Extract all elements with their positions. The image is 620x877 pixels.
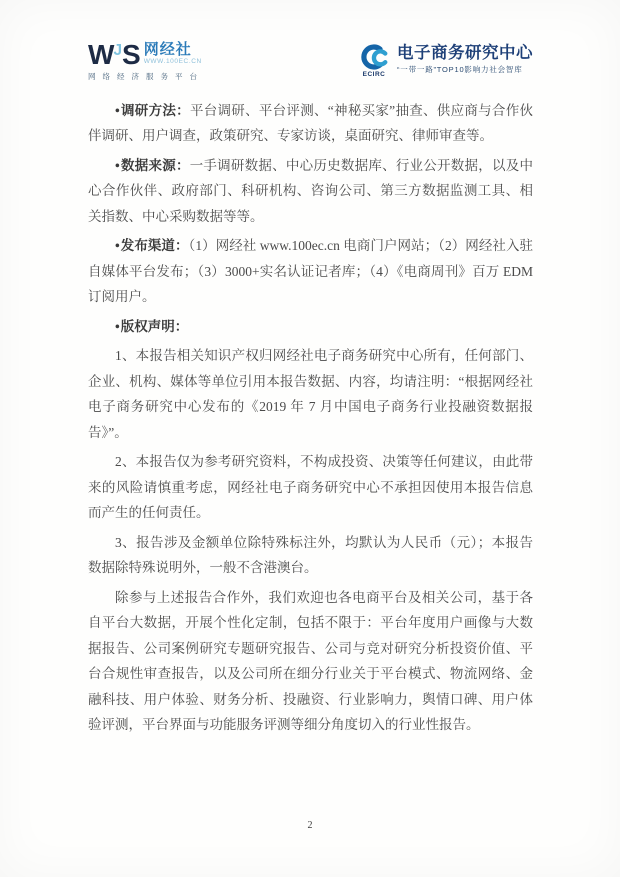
ec-logo-icon <box>356 44 392 70</box>
wjs-monogram-icon: WJS <box>88 43 140 67</box>
ecirc-logo-name: 电子商务研究中心 <box>397 44 533 62</box>
bullet-marker: • <box>115 158 120 173</box>
document-page: WJS 网经社 WWW.100EC.CN 网络经济服务平台 ECIRC 电子商务… <box>0 0 620 877</box>
bullet-label: 调研方法： <box>121 103 190 118</box>
bullet-marker: • <box>115 238 120 253</box>
bullet-marker: • <box>115 319 120 334</box>
bullet-marker: • <box>115 103 120 118</box>
bullet-research-methods: •调研方法：平台调研、平台评测、“神秘买家”抽查、供应商与合作伙伴调研、用户调查… <box>88 98 533 149</box>
copyright-clause-1: 1、本报告相关知识产权归网经社电子商务研究中心所有，任何部门、企业、机构、媒体等… <box>88 343 533 445</box>
wjs-logo: WJS 网经社 WWW.100EC.CN 网络经济服务平台 <box>88 42 204 82</box>
wjs-logo-name: 网经社 <box>144 42 202 58</box>
copyright-clause-3: 3、报告涉及金额单位除特殊标注外，均默认为人民币（元）；本报告数据除特殊说明外，… <box>88 530 533 581</box>
bullet-label: 发布渠道： <box>121 238 189 253</box>
bullet-data-sources: •数据来源：一手调研数据、中心历史数据库、行业公开数据，以及中心合作伙伴、政府部… <box>88 153 533 230</box>
cooperation-paragraph: 除参与上述报告合作外，我们欢迎也各电商平台及相关公司，基于各自平台大数据，开展个… <box>88 585 533 738</box>
bullet-label: 数据来源： <box>121 158 190 173</box>
bullet-release-channels: •发布渠道：（1）网经社 www.100ec.cn 电商门户网站；（2）网经社入… <box>88 233 533 310</box>
wjs-logo-tagline: 网络经济服务平台 <box>88 71 204 82</box>
page-header: WJS 网经社 WWW.100EC.CN 网络经济服务平台 ECIRC 电子商务… <box>88 42 533 82</box>
ecirc-logo-abbr: ECIRC <box>363 71 386 78</box>
page-number: 2 <box>0 820 620 831</box>
bullet-copyright: •版权声明： <box>88 314 533 340</box>
wjs-logo-url: WWW.100EC.CN <box>144 59 202 66</box>
document-body: •调研方法：平台调研、平台评测、“神秘买家”抽查、供应商与合作伙伴调研、用户调查… <box>88 98 533 738</box>
ecirc-logo-tagline: “一带一路”TOP10影响力社会智库 <box>397 64 533 75</box>
bullet-label: 版权声明： <box>121 319 189 334</box>
copyright-clause-2: 2、本报告仅为参考研究资料，不构成投资、决策等任何建议，由此带来的风险请慎重考虑… <box>88 449 533 526</box>
ecirc-logo: ECIRC 电子商务研究中心 “一带一路”TOP10影响力社会智库 <box>356 42 533 78</box>
